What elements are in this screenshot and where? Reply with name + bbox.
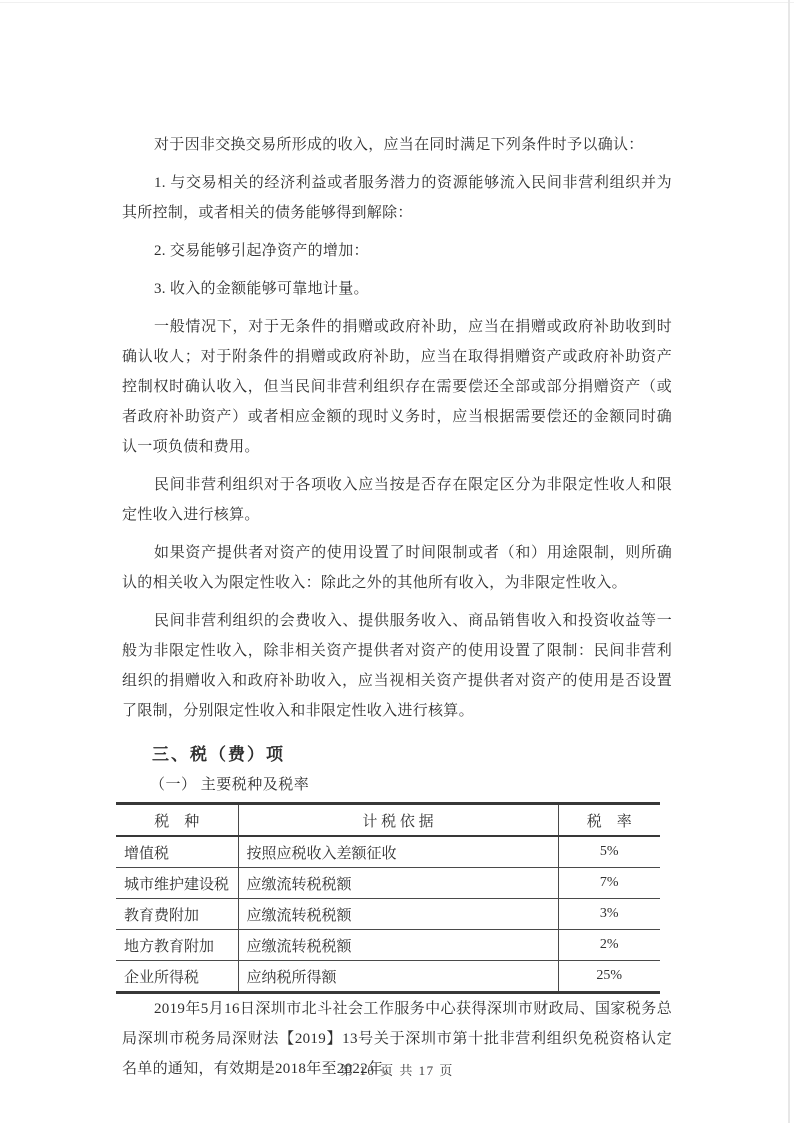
cell-tax-basis: 应缴流转税税额	[238, 930, 558, 961]
scan-top-edge-line	[0, 2, 794, 3]
cell-tax-type: 企业所得税	[116, 961, 238, 993]
cell-tax-basis: 应缴流转税税额	[238, 899, 558, 930]
cell-tax-type: 教育费附加	[116, 899, 238, 930]
cell-tax-rate: 2%	[558, 930, 660, 961]
table-row: 教育费附加 应缴流转税税额 3%	[116, 899, 660, 930]
paragraph-recognition-conditions: 对于因非交换交易所形成的收入，应当在同时满足下列条件时予以确认：	[122, 130, 672, 160]
paragraph-income-types: 民间非营利组织的会费收入、提供服务收入、商品销售收入和投资收益等一般为非限定性收…	[122, 606, 672, 726]
scan-right-edge-line	[788, 0, 790, 1123]
tax-rate-table: 税 种 计 税 依 据 税 率 增值税 按照应税收入差额征收 5% 城市维护建设…	[116, 802, 660, 994]
page-number-indicator: 第 10 页 共 17 页	[0, 1060, 794, 1079]
cell-tax-rate: 7%	[558, 868, 660, 899]
cell-tax-type: 增值税	[116, 836, 238, 868]
paragraph-restriction-rule: 如果资产提供者对资产的使用设置了时间限制或者（和）用途限制，则所确认的相关收入为…	[122, 538, 672, 598]
cell-tax-rate: 5%	[558, 836, 660, 868]
section-heading-tax-items: 三、税（费）项	[152, 740, 672, 770]
cell-tax-basis: 应缴流转税税额	[238, 868, 558, 899]
table-row: 增值税 按照应税收入差额征收 5%	[116, 836, 660, 868]
cell-tax-rate: 3%	[558, 899, 660, 930]
table-row: 企业所得税 应纳税所得额 25%	[116, 961, 660, 993]
cell-tax-basis: 按照应税收入差额征收	[238, 836, 558, 868]
document-page: 对于因非交换交易所形成的收入，应当在同时满足下列条件时予以确认： 1. 与交易相…	[0, 0, 794, 1123]
cell-tax-type: 城市维护建设税	[116, 868, 238, 899]
paragraph-condition-3: 3. 收入的金额能够可靠地计量。	[122, 274, 672, 304]
table-header-tax-rate: 税 率	[558, 804, 660, 837]
section-subheading-main-taxes: （一） 主要税种及税率	[150, 770, 672, 800]
cell-tax-type: 地方教育附加	[116, 930, 238, 961]
cell-tax-rate: 25%	[558, 961, 660, 993]
table-header-tax-basis: 计 税 依 据	[238, 804, 558, 837]
table-row: 地方教育附加 应缴流转税税额 2%	[116, 930, 660, 961]
cell-tax-basis: 应纳税所得额	[238, 961, 558, 993]
paragraph-donation-recognition: 一般情况下，对于无条件的捐赠或政府补助，应当在捐赠或政府补助收到时确认收人；对于…	[122, 312, 672, 462]
paragraph-condition-1: 1. 与交易相关的经济利益或者服务潜力的资源能够流入民间非营利组织并为其所控制，…	[122, 168, 672, 228]
page-content: 对于因非交换交易所形成的收入，应当在同时满足下列条件时予以确认： 1. 与交易相…	[122, 130, 672, 1092]
table-header-tax-type: 税 种	[116, 804, 238, 837]
table-header-row: 税 种 计 税 依 据 税 率	[116, 804, 660, 837]
table-row: 城市维护建设税 应缴流转税税额 7%	[116, 868, 660, 899]
paragraph-restricted-classification: 民间非营利组织对于各项收入应当按是否存在限定区分为非限定性收人和限定性收入进行核…	[122, 470, 672, 530]
paragraph-condition-2: 2. 交易能够引起净资产的增加：	[122, 236, 672, 266]
